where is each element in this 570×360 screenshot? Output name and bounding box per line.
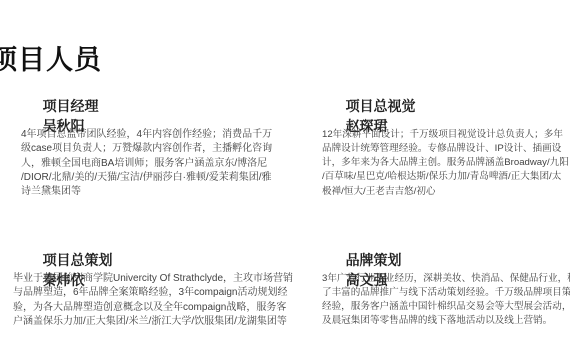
page-title: 项目人员 xyxy=(0,38,102,77)
member-bio-visual-director: 12年深耕平面设计；千万级项目视觉设计总负责人；多年 品牌设计统筹管理经验。专修… xyxy=(322,128,569,199)
slide-project-personnel: 项目人员 项目经理 吴秋阳 4年项目总监带团队经验，4年内容创作经验；消费品千万… xyxy=(0,0,570,360)
member-role: 项目总策划 xyxy=(43,250,123,270)
member-role: 项目经理 xyxy=(43,96,123,116)
member-bio-project-manager: 4年项目总监带团队经验，4年内容创作经验；消费品千万 级case项目负责人；万赞… xyxy=(21,128,272,199)
member-role: 品牌策划 xyxy=(346,250,426,270)
member-bio-brand-planner: 3年广告行业从业经历，深耕美妆、快消品、保健品行业，积累 了丰富的品牌推广与线下… xyxy=(322,272,570,329)
member-role: 项目总视觉 xyxy=(346,96,426,116)
member-bio-chief-planner: 毕业于英国前列商学院Univercity Of Strathclyde，主攻市场… xyxy=(13,272,293,329)
